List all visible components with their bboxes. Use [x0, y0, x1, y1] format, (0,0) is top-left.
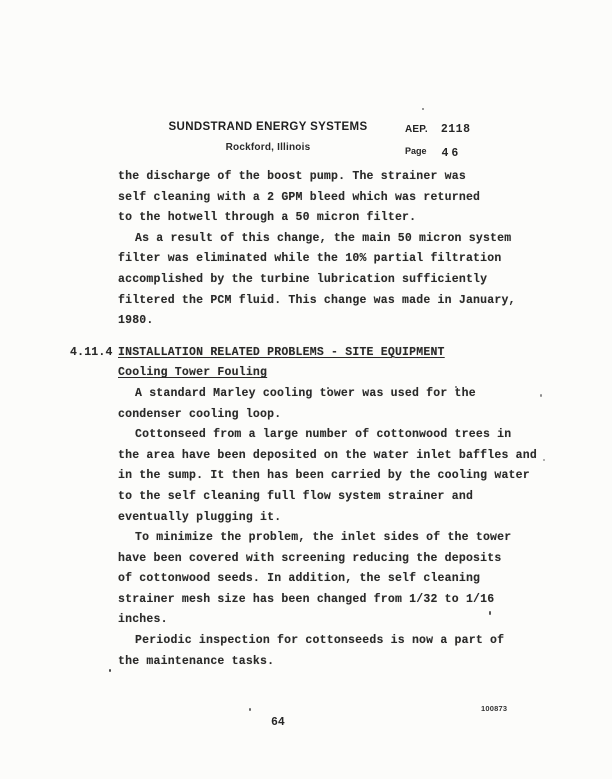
document-line: filtered the PCM fluid. This change was … [118, 291, 578, 312]
page-ref-row: Page 46 [405, 145, 470, 158]
line-text: filtered the PCM fluid. This change was … [118, 294, 516, 307]
document-line: filter was eliminated while the 10% part… [118, 249, 578, 270]
document-line: 1980. [118, 311, 578, 332]
line-text: Cooling Tower Fouling [118, 366, 267, 379]
document-reference: AEP. 2118 Page 46 [405, 123, 470, 158]
document-line: the area have been deposited on the wate… [118, 446, 578, 467]
page-label: Page [405, 146, 427, 156]
line-text: A standard Marley cooling tower was used… [135, 387, 476, 400]
line-text: To minimize the problem, the inlet sides… [135, 531, 511, 544]
doc-ref-label: AEP. [405, 124, 428, 135]
line-text: in the sump. It then has been carried by… [118, 469, 530, 482]
document-line: As a result of this change, the main 50 … [118, 229, 578, 250]
line-text: filter was eliminated while the 10% part… [118, 252, 501, 265]
line-text: INSTALLATION RELATED PROBLEMS - SITE EQU… [118, 346, 445, 359]
scan-speck [540, 394, 542, 397]
scan-speck [249, 708, 251, 711]
scan-speck [327, 387, 329, 389]
line-text: strainer mesh size has been changed from… [118, 593, 494, 606]
line-text: condenser cooling loop. [118, 408, 281, 421]
stamp-number: 100873 [481, 704, 507, 713]
line-text: Cottonseed from a large number of cotton… [135, 428, 511, 441]
line-text: the maintenance tasks. [118, 655, 274, 668]
document-line: accomplished by the turbine lubrication … [118, 270, 578, 291]
document-line: to the hotwell through a 50 micron filte… [118, 208, 578, 229]
footer-page-number: 64 [271, 716, 285, 729]
line-text: to the self cleaning full flow system st… [118, 490, 473, 503]
scan-speck [109, 669, 111, 672]
document-line: to the self cleaning full flow system st… [118, 487, 578, 508]
document-line: condenser cooling loop. [118, 405, 578, 426]
document-line: A standard Marley cooling tower was used… [118, 384, 578, 405]
line-text: inches. [118, 613, 168, 626]
line-text: the discharge of the boost pump. The str… [118, 170, 466, 183]
document-body: the discharge of the boost pump. The str… [118, 167, 578, 672]
document-line: of cottonwood seeds. In addition, the se… [118, 569, 578, 590]
document-line: the discharge of the boost pump. The str… [118, 167, 578, 188]
line-text: have been covered with screening reducin… [118, 552, 501, 565]
line-text: of cottonwood seeds. In addition, the se… [118, 572, 480, 585]
subheading-line: Cooling Tower Fouling [118, 363, 578, 384]
header-page-number: 46 [442, 147, 462, 160]
document-line: the maintenance tasks. [118, 652, 578, 673]
doc-ref-number: 2118 [441, 123, 471, 136]
document-line: strainer mesh size has been changed from… [118, 590, 578, 611]
scan-speck [543, 459, 545, 461]
line-text: the area have been deposited on the wate… [118, 449, 537, 462]
line-text: As a result of this change, the main 50 … [135, 232, 511, 245]
line-text: self cleaning with a 2 GPM bleed which w… [118, 191, 480, 204]
scan-speck [489, 611, 491, 615]
document-line: Cottonseed from a large number of cotton… [118, 425, 578, 446]
section-heading-line: 4.11.4INSTALLATION RELATED PROBLEMS - SI… [118, 343, 578, 364]
section-number: 4.11.4 [70, 343, 113, 364]
document-line: eventually plugging it. [118, 508, 578, 529]
document-line: in the sump. It then has been carried by… [118, 466, 578, 487]
line-text: 1980. [118, 314, 154, 327]
document-line: self cleaning with a 2 GPM bleed which w… [118, 188, 578, 209]
scan-speck [422, 108, 424, 110]
document-line: have been covered with screening reducin… [118, 549, 578, 570]
document-page: SUNDSTRAND ENERGY SYSTEMS Rockford, Illi… [0, 0, 612, 779]
scan-speck [455, 386, 457, 388]
document-line: To minimize the problem, the inlet sides… [118, 528, 578, 549]
line-text: Periodic inspection for cottonseeds is n… [135, 634, 504, 647]
document-line: inches. [118, 610, 578, 631]
line-text: to the hotwell through a 50 micron filte… [118, 211, 416, 224]
line-text: eventually plugging it. [118, 511, 281, 524]
line-text: accomplished by the turbine lubrication … [118, 273, 487, 286]
doc-ref-row: AEP. 2118 [405, 123, 470, 136]
document-line: Periodic inspection for cottonseeds is n… [118, 631, 578, 652]
